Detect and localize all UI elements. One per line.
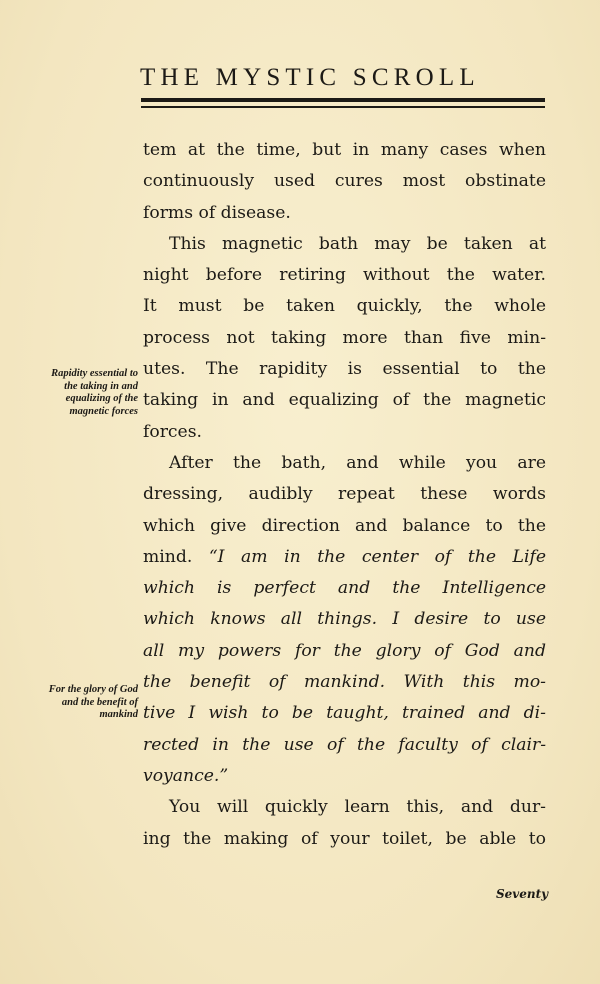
text-line: process not taking more than five min- — [143, 323, 546, 354]
text-line: continuously used cures most obstinate — [143, 166, 546, 197]
text-line: night before retiring without the water. — [143, 260, 546, 291]
text-line-italic: the benefit of mankind. With this mo- — [143, 667, 546, 698]
body-text: tem at the time, but in many cases when … — [143, 135, 546, 855]
text-line: After the bath, and while you are — [143, 448, 546, 479]
running-head: THE MYSTIC SCROLL — [140, 64, 546, 92]
text-line-italic: which knows all things. I desire to use — [143, 604, 546, 635]
header-rule-thin — [141, 106, 545, 108]
margin-note-glory: For the glory of God and the benefit of … — [0, 684, 138, 722]
text-line-italic: tive I wish to be taught, trained and di… — [143, 698, 546, 729]
text-line: which give direction and balance to the — [143, 511, 546, 542]
text-roman: mind. — [143, 547, 209, 567]
quote-open: “ — [209, 547, 218, 567]
text-line: ing the making of your toilet, be able t… — [143, 824, 546, 855]
text-line: taking in and equalizing of the magnetic — [143, 385, 546, 416]
margin-note-rapidity: Rapidity essential to the taking in and … — [0, 368, 138, 418]
text-line: You will quickly learn this, and dur- — [143, 792, 546, 823]
text-line-italic: all my powers for the glory of God and — [143, 636, 546, 667]
text-line-mixed: mind. “I am in the center of the Life — [143, 542, 546, 573]
text-line: forces. — [143, 417, 546, 448]
text-line-italic: voyance.” — [143, 761, 546, 792]
text-line: utes. The rapidity is essential to the — [143, 354, 546, 385]
text-line: forms of disease. — [143, 198, 546, 229]
page-folio: Seventy — [496, 887, 548, 901]
text-italic: I am in the center of the Life — [218, 547, 546, 567]
text-line: This magnetic bath may be taken at — [143, 229, 546, 260]
book-page: THE MYSTIC SCROLL tem at the time, but i… — [0, 0, 600, 984]
text-line: tem at the time, but in many cases when — [143, 135, 546, 166]
text-line: dressing, audibly repeat these words — [143, 479, 546, 510]
text-line-italic: rected in the use of the faculty of clai… — [143, 730, 546, 761]
text-line: It must be taken quickly, the whole — [143, 291, 546, 322]
text-line-italic: which is perfect and the Intelligence — [143, 573, 546, 604]
header-rule-thick — [141, 98, 545, 102]
